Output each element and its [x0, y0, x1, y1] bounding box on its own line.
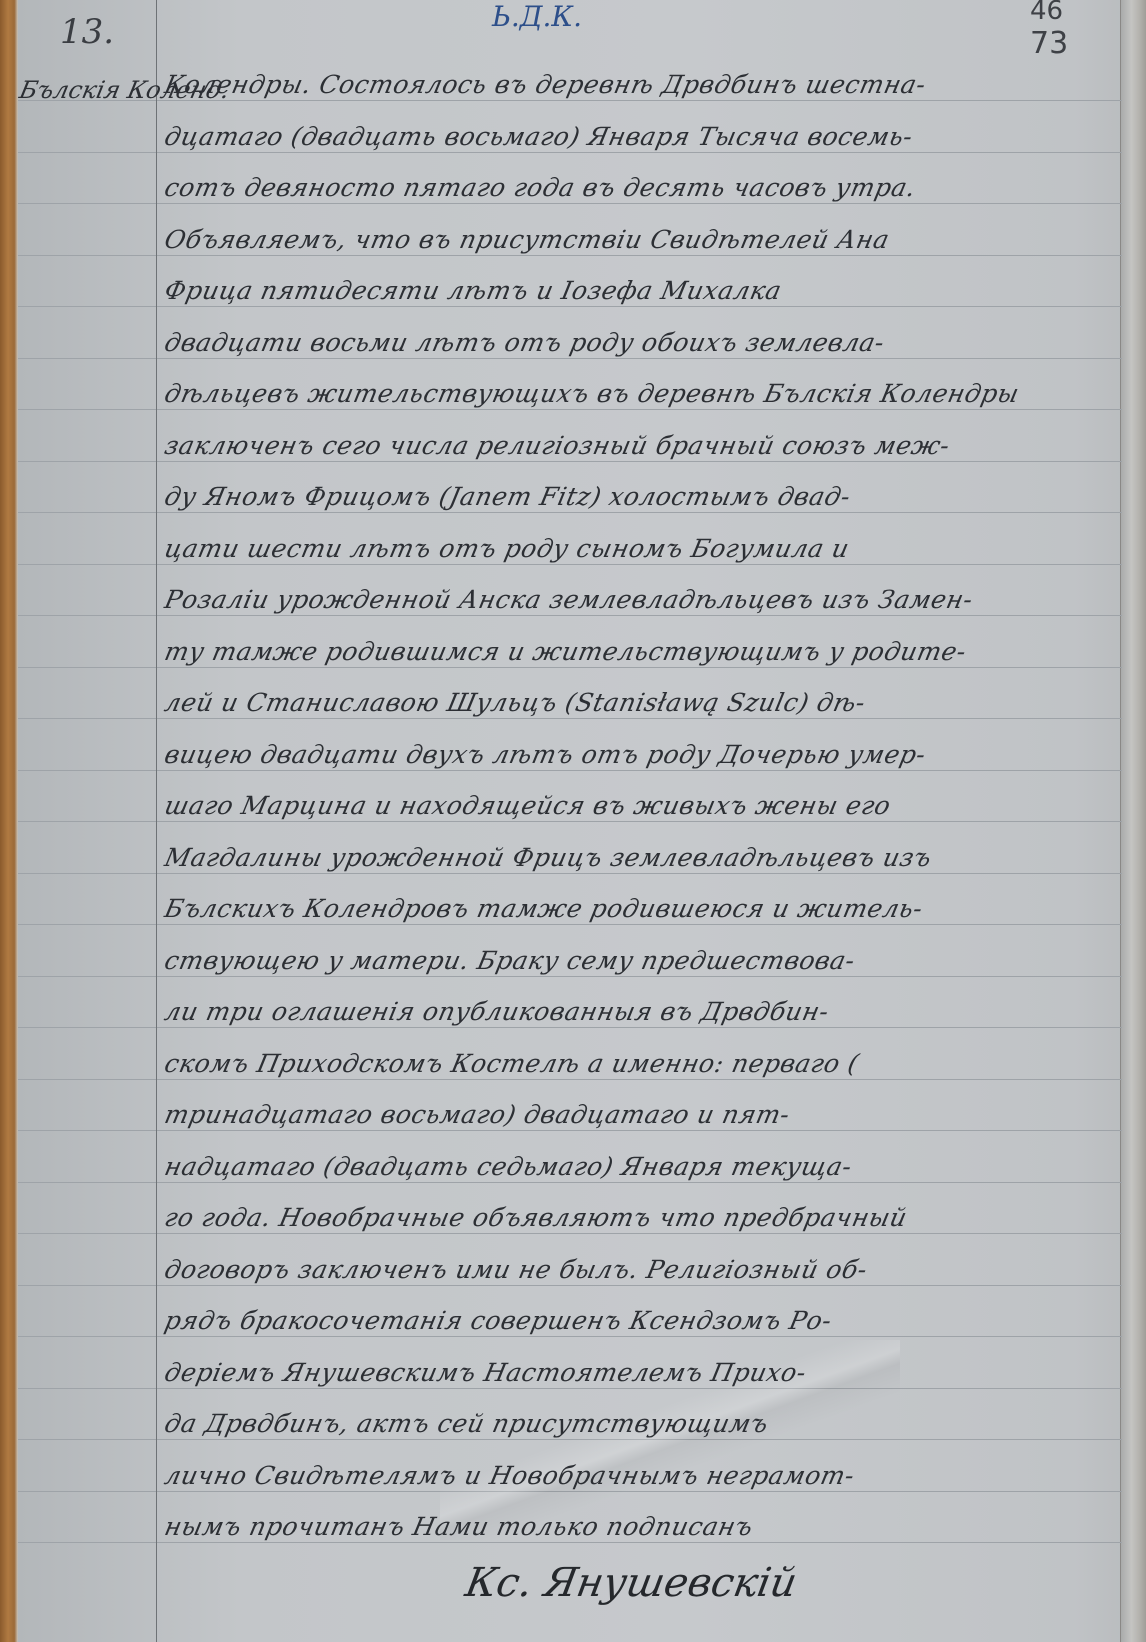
margin-rule	[156, 0, 157, 1642]
facing-page-edge	[1120, 0, 1146, 1642]
priest-signature: Кс. Янушевскiй	[462, 1560, 800, 1606]
ruled-line	[18, 512, 1122, 513]
ruled-line	[18, 821, 1122, 822]
text-line: договоръ заключенъ ими не былъ. Религiоз…	[162, 1255, 1128, 1284]
ruled-line	[18, 1542, 1122, 1543]
folio-number: 73	[1030, 26, 1068, 61]
ruled-line	[18, 152, 1122, 153]
text-line: ту тамже родившимся и жительствующимъ у …	[162, 637, 1128, 666]
text-line: дѣльцевъ жительствующихъ въ деревнѣ Бълс…	[162, 379, 1128, 408]
text-line: Фрица пятидесяти лѣтъ и Іозефа Михалка	[162, 276, 1128, 305]
ruled-line	[18, 1079, 1122, 1080]
text-line: Колендры. Состоялось въ деревнѣ Дрвдбинъ…	[162, 70, 1128, 99]
entry-number: 13.	[60, 12, 114, 52]
text-line: скомъ Приходскомъ Костелѣ а именно: перв…	[162, 1049, 1128, 1078]
ruled-line	[18, 873, 1122, 874]
text-line: Розалiи урожденной Анска землевладѣльцев…	[162, 585, 1128, 614]
ruled-line	[18, 718, 1122, 719]
ruled-line	[18, 1285, 1122, 1286]
text-line: шаго Марцина и находящейся въ живыхъ жен…	[162, 791, 1128, 820]
text-line: заключенъ сего числа религiозный брачный…	[162, 431, 1128, 460]
archive-stamp: Ь.Д.К.	[492, 0, 582, 33]
text-line: вицею двадцати двухъ лѣтъ отъ роду Дочер…	[162, 740, 1128, 769]
ruled-line	[18, 564, 1122, 565]
text-line: лично Свидѣтелямъ и Новобрачнымъ неграмо…	[162, 1461, 1128, 1490]
text-line: Бълскихъ Колендровъ тамже родившеюся и ж…	[162, 894, 1128, 923]
text-line: цати шести лѣтъ отъ роду сыномъ Богумила…	[162, 534, 1128, 563]
text-line: лей и Станиславою Шульцъ (Stanisławą Szu…	[162, 688, 1128, 717]
text-line: сотъ девяносто пятаго года въ десять час…	[162, 173, 1128, 202]
ruled-line	[18, 615, 1122, 616]
ruled-line	[18, 1130, 1122, 1131]
ruled-line	[18, 924, 1122, 925]
ruled-line	[18, 203, 1122, 204]
ruled-line	[18, 255, 1122, 256]
ruled-line	[18, 667, 1122, 668]
text-line: го года. Новобрачные объявляютъ что пред…	[162, 1203, 1128, 1232]
ruled-line	[18, 461, 1122, 462]
text-line: рядъ бракосочетанiя совершенъ Ксендзомъ …	[162, 1306, 1128, 1335]
text-line: двадцати восьми лѣтъ отъ роду обоихъ зем…	[162, 328, 1128, 357]
text-line: Магдалины урожденной Фрицъ землевладѣльц…	[162, 843, 1128, 872]
ruled-line	[18, 770, 1122, 771]
text-line: Объявляемъ, что въ присутствiи Свидѣтеле…	[162, 225, 1128, 254]
text-line: ли три оглашенiя опубликованныя въ Дрвдб…	[162, 997, 1128, 1026]
ruled-line	[18, 1027, 1122, 1028]
ruled-line	[18, 1233, 1122, 1234]
text-line: ду Яномъ Фрицомъ (Janem Fitz) холостымъ …	[162, 482, 1128, 511]
text-line: ствующею у матери. Браку сему предшество…	[162, 946, 1128, 975]
ruled-line	[18, 306, 1122, 307]
text-line: да Дрвдбинъ, актъ сей присутствующимъ	[162, 1409, 1128, 1438]
ruled-line	[18, 358, 1122, 359]
ruled-line	[18, 1182, 1122, 1183]
ruled-line	[18, 1336, 1122, 1337]
text-line: нымъ прочитанъ Нами только подписанъ	[162, 1512, 1128, 1541]
text-line: тринадцатаго восьмаго) двадцатаго и пят-	[162, 1100, 1128, 1129]
text-line: деріемъ Янушевскимъ Настоятелемъ Прихо-	[162, 1358, 1128, 1387]
ruled-line	[18, 409, 1122, 410]
folio-number-old: 46	[1030, 0, 1063, 26]
text-line: надцатаго (двадцать седьмаго) Января тек…	[162, 1152, 1128, 1181]
book-spine-edge	[0, 0, 18, 1642]
text-line: дцатаго (двадцать восьмаго) Января Тысяч…	[162, 122, 1128, 151]
ruled-line	[18, 976, 1122, 977]
